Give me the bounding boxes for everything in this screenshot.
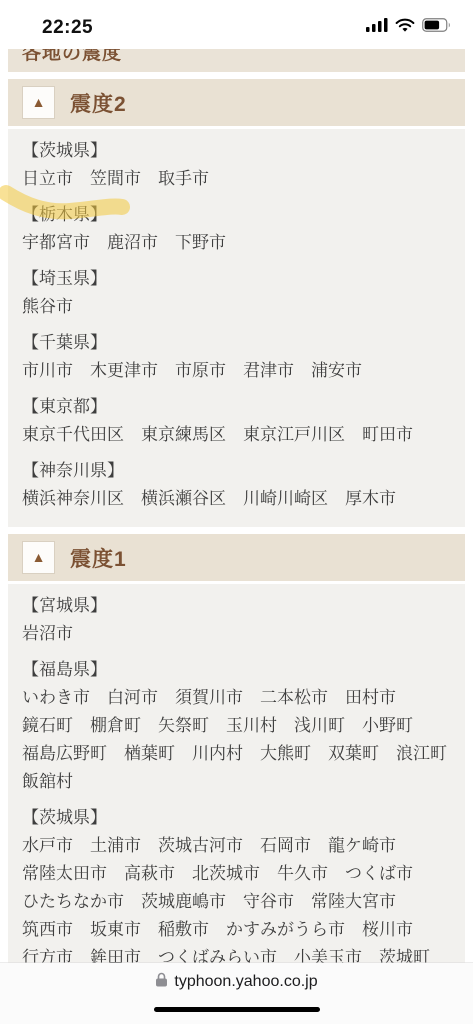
home-indicator[interactable]: [154, 1007, 320, 1012]
city-line: 宇都宮市 鹿沼市 下野市: [22, 229, 451, 257]
city-line: ひたちなか市 茨城鹿嶋市 守谷市 常陸大宮市: [22, 888, 451, 916]
city-line: 東京千代田区 東京練馬区 東京江戸川区 町田市: [22, 421, 451, 449]
city-line: 日立市 笠間市 取手市: [22, 165, 451, 193]
section-content-shindo-1: 【宮城県】岩沼市【福島県】いわき市 白河市 須賀川市 二本松市 田村市鏡石町 棚…: [8, 584, 465, 986]
prefecture-label: 【茨城県】: [22, 804, 451, 832]
prefecture-label: 【東京都】: [22, 393, 451, 421]
prefecture-label: 【茨城県】: [22, 137, 451, 165]
city-line: 鏡石町 棚倉町 矢祭町 玉川村 浅川町 小野町: [22, 712, 451, 740]
status-time: 22:25: [42, 11, 93, 39]
prefecture-label: 【福島県】: [22, 656, 451, 684]
prefecture-group: 【神奈川県】横浜神奈川区 横浜瀬谷区 川崎川崎区 厚木市: [22, 457, 451, 513]
city-line: 飯舘村: [22, 768, 451, 796]
prefecture-group: 【宮城県】岩沼市: [22, 592, 451, 648]
url-bar[interactable]: typhoon.yahoo.co.jp: [0, 963, 473, 992]
wifi-icon: [395, 18, 415, 38]
prefecture-label: 【神奈川県】: [22, 457, 451, 485]
prefecture-group: 【福島県】いわき市 白河市 須賀川市 二本松市 田村市鏡石町 棚倉町 矢祭町 玉…: [22, 656, 451, 796]
city-line: 横浜神奈川区 横浜瀬谷区 川崎川崎区 厚木市: [22, 485, 451, 513]
prefecture-label: 【栃木県】: [22, 201, 451, 229]
prefecture-group: 【東京都】東京千代田区 東京練馬区 東京江戸川区 町田市: [22, 393, 451, 449]
city-line: 筑西市 坂東市 稲敷市 かすみがうら市 桜川市: [22, 916, 451, 944]
battery-icon: [422, 18, 451, 37]
prefecture-group: 【埼玉県】熊谷市: [22, 265, 451, 321]
prefecture-group: 【茨城県】日立市 笠間市 取手市: [22, 137, 451, 193]
prefecture-group: 【栃木県】宇都宮市 鹿沼市 下野市: [22, 201, 451, 257]
status-icons: [366, 12, 451, 38]
section-header-shindo-2[interactable]: ▲震度2: [8, 79, 465, 126]
page-title-strip: 各地の震度: [8, 49, 465, 72]
prefecture-group: 【千葉県】市川市 木更津市 市原市 君津市 浦安市: [22, 329, 451, 385]
phone-screen: 22:25: [0, 0, 473, 1024]
city-line: 福島広野町 楢葉町 川内村 大熊町 双葉町 浪江町: [22, 740, 451, 768]
shindo-sections: ▲震度2【茨城県】日立市 笠間市 取手市【栃木県】宇都宮市 鹿沼市 下野市【埼玉…: [0, 79, 473, 986]
section-title: 震度2: [70, 88, 127, 118]
browser-bottom-bar[interactable]: typhoon.yahoo.co.jp: [0, 963, 473, 1024]
section-title: 震度1: [70, 543, 127, 573]
city-line: 市川市 木更津市 市原市 君津市 浦安市: [22, 357, 451, 385]
collapse-triangle-icon: ▲: [32, 95, 46, 109]
section-shindo-1: ▲震度1【宮城県】岩沼市【福島県】いわき市 白河市 須賀川市 二本松市 田村市鏡…: [8, 534, 465, 986]
city-line: いわき市 白河市 須賀川市 二本松市 田村市: [22, 684, 451, 712]
lock-icon: [155, 972, 168, 992]
collapse-button[interactable]: ▲: [22, 86, 55, 119]
prefecture-group: 【茨城県】水戸市 土浦市 茨城古河市 石岡市 龍ケ崎市常陸太田市 高萩市 北茨城…: [22, 804, 451, 972]
city-line: 熊谷市: [22, 293, 451, 321]
prefecture-label: 【千葉県】: [22, 329, 451, 357]
page-title: 各地の震度: [22, 49, 122, 65]
section-content-shindo-2: 【茨城県】日立市 笠間市 取手市【栃木県】宇都宮市 鹿沼市 下野市【埼玉県】熊谷…: [8, 129, 465, 527]
prefecture-label: 【埼玉県】: [22, 265, 451, 293]
section-shindo-2: ▲震度2【茨城県】日立市 笠間市 取手市【栃木県】宇都宮市 鹿沼市 下野市【埼玉…: [8, 79, 465, 527]
city-line: 岩沼市: [22, 620, 451, 648]
collapse-button[interactable]: ▲: [22, 541, 55, 574]
cellular-signal-icon: [366, 18, 388, 37]
city-line: 水戸市 土浦市 茨城古河市 石岡市 龍ケ崎市: [22, 832, 451, 860]
prefecture-label: 【宮城県】: [22, 592, 451, 620]
url-text: typhoon.yahoo.co.jp: [174, 973, 317, 991]
collapse-triangle-icon: ▲: [32, 550, 46, 564]
city-line: 常陸太田市 高萩市 北茨城市 牛久市 つくば市: [22, 860, 451, 888]
status-bar: 22:25: [0, 0, 473, 49]
section-header-shindo-1[interactable]: ▲震度1: [8, 534, 465, 581]
